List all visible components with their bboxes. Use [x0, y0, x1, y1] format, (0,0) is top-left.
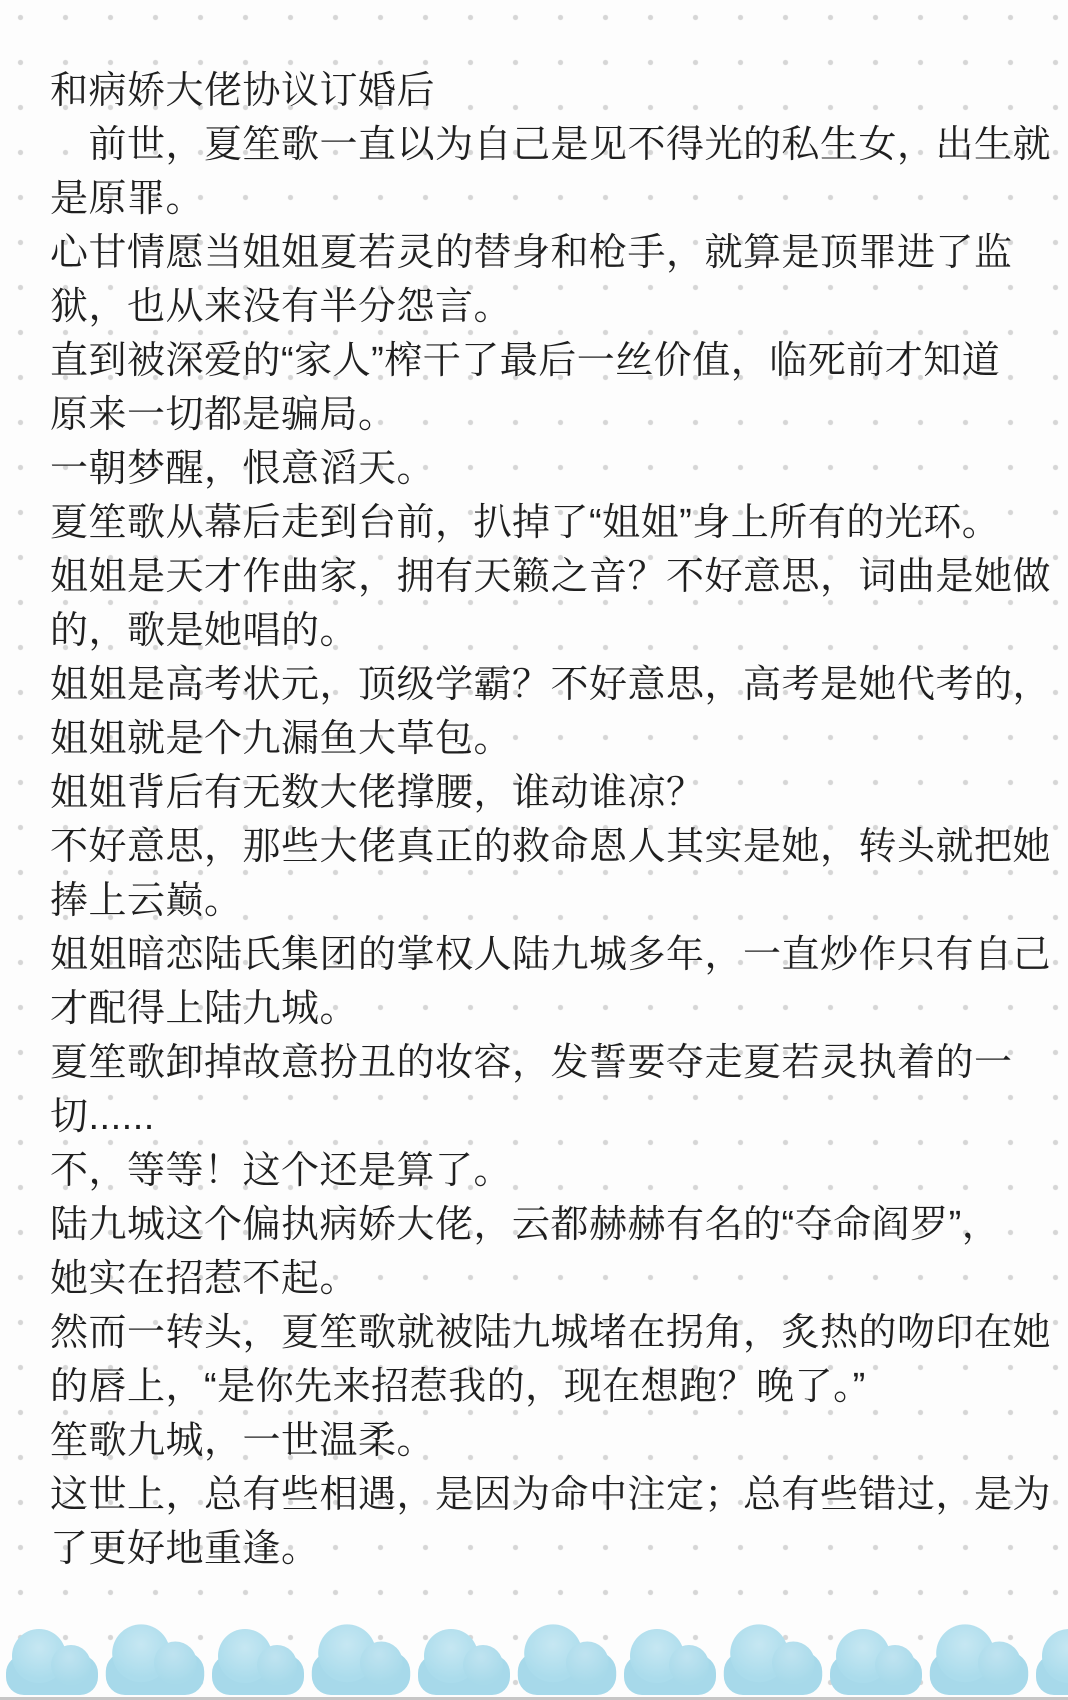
cloud-icon [518, 1652, 616, 1695]
text-line: 直到被深爱的“家人”榨干了最后一丝价值，临死前才知道 [50, 334, 1028, 388]
text-line: 的唇上，“是你先来招惹我的，现在想跑？晚了。” [50, 1360, 1028, 1414]
page-title: 和病娇大佬协议订婚后 [50, 64, 1028, 118]
page: 和病娇大佬协议订婚后 前世，夏笙歌一直以为自己是见不得光的私生女，出生就是原罪。… [0, 0, 1068, 1700]
text-block: 和病娇大佬协议订婚后 前世，夏笙歌一直以为自己是见不得光的私生女，出生就是原罪。… [50, 64, 1028, 1576]
text-line: 一朝梦醒，恨意滔天。 [50, 442, 1028, 496]
cloud-icon [930, 1652, 1028, 1695]
text-line: 然而一转头，夏笙歌就被陆九城堵在拐角，炙热的吻印在她 [50, 1306, 1028, 1360]
cloud-icon [418, 1655, 510, 1695]
cloud-icon [212, 1655, 304, 1695]
cloud-icon [6, 1655, 98, 1695]
text-line: 才配得上陆九城。 [50, 982, 1028, 1036]
text-line: 不，等等！这个还是算了。 [50, 1144, 1028, 1198]
text-line: 姐姐暗恋陆氏集团的掌权人陆九城多年，一直炒作只有自己 [50, 928, 1028, 982]
text-line: 切...... [50, 1090, 1028, 1144]
text-line: 了更好地重逢。 [50, 1522, 1028, 1576]
text-line: 笙歌九城，一世温柔。 [50, 1414, 1028, 1468]
cloud-icon [724, 1652, 822, 1695]
cloud-row [0, 1607, 1068, 1695]
text-line: 捧上云巅。 [50, 874, 1028, 928]
text-line: 夏笙歌从幕后走到台前，扒掉了“姐姐”身上所有的光环。 [50, 496, 1028, 550]
text-line: 的，歌是她唱的。 [50, 604, 1028, 658]
text-line: 心甘情愿当姐姐夏若灵的替身和枪手，就算是顶罪进了监 [50, 226, 1028, 280]
text-line: 夏笙歌卸掉故意扮丑的妆容，发誓要夺走夏若灵执着的一 [50, 1036, 1028, 1090]
text-line: 陆九城这个偏执病娇大佬，云都赫赫有名的“夺命阎罗”， [50, 1198, 1028, 1252]
text-line: 不好意思，那些大佬真正的救命恩人其实是她，转头就把她 [50, 820, 1028, 874]
text-line: 姐姐是高考状元，顶级学霸？不好意思，高考是她代考的， [50, 658, 1028, 712]
cloud-icon [1036, 1655, 1068, 1695]
text-line: 姐姐背后有无数大佬撑腰，谁动谁凉？ [50, 766, 1028, 820]
text-line: 她实在招惹不起。 [50, 1252, 1028, 1306]
text-line: 狱，也从来没有半分怨言。 [50, 280, 1028, 334]
text-line: 姐姐就是个九漏鱼大草包。 [50, 712, 1028, 766]
text-line: 是原罪。 [50, 172, 1028, 226]
cloud-icon [624, 1655, 716, 1695]
text-line: 姐姐是天才作曲家，拥有天籁之音？不好意思，词曲是她做 [50, 550, 1028, 604]
text-line: 前世，夏笙歌一直以为自己是见不得光的私生女，出生就 [50, 118, 1028, 172]
text-line: 这世上，总有些相遇，是因为命中注定；总有些错过，是为 [50, 1468, 1028, 1522]
cloud-icon [830, 1655, 922, 1695]
text-line: 原来一切都是骗局。 [50, 388, 1028, 442]
cloud-icon [106, 1652, 204, 1695]
cloud-icon [312, 1652, 410, 1695]
